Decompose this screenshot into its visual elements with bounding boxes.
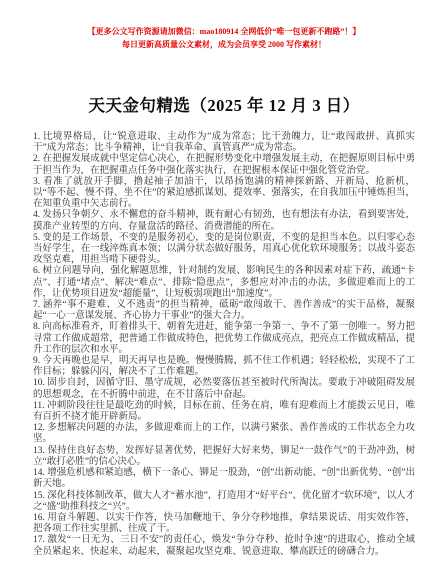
document-page: 【更多公文写作资源请加微信：mao180914 全网低价“唯一包更新不跑路”！】…	[0, 0, 448, 580]
promo-line-1: 【更多公文写作资源请加微信：mao180914 全网低价“唯一包更新不跑路”！】	[0, 25, 448, 38]
quote-item: 5. 变的是工作场景，不变的是服务初心，变的是岗位职责，不变的是担当本色。以归零…	[33, 233, 415, 267]
quote-item: 2. 在把握发展成就中坚定信心决心，在把握形势变化中增强发展主动，在把握原则目标…	[33, 154, 415, 176]
quote-item: 12. 多想解决问题的办法，多做迎难而上的工作，以满弓紧张、善作善成的工作状态全…	[33, 423, 415, 445]
quote-item: 10. 固步自封，因循守旧、墨守成规，必然要落伍甚至被时代所淘汰。要敢于冲破阻碍…	[33, 378, 415, 400]
quote-item: 1. 比境界格局，让“锐意进取、主动作为”成为常态；比干劲魄力，让“敢闯敢拼、真…	[33, 132, 415, 154]
quote-item: 15. 深化科技体制改革，做大人才“蓄水池”，打造用才“好平台”、优化留才“软环…	[33, 491, 415, 513]
quote-item: 6. 树立问题导向，强化解题思维，针对制约发展、影响民生的各种因素对症下药，疏通…	[33, 266, 415, 300]
quote-item: 7. 涵养“事不避难、义不逃责”的担当精神，砥砺“敢闯敢干、善作善成”的实干品格…	[33, 300, 415, 322]
promo-line-2: 每日更新高质量公文素材，成为会员享受 2000 写作素材！	[0, 38, 448, 51]
promo-banner: 【更多公文写作资源请加微信：mao180914 全网低价“唯一包更新不跑路”！】…	[0, 0, 448, 51]
quote-item: 4. 发扬只争朝夕、永不懈怠的奋斗精神，既有耐心有韧劲，也有想法有办法，看到要害…	[33, 210, 415, 232]
page-title: 天天金句精选（2025 年 12 月 3 日）	[0, 92, 448, 116]
quote-item: 16. 用奋斗解题、以实干作答，快马加鞭地干、争分夺秒地推，拿结果说话、用实效作…	[33, 513, 415, 535]
quote-item: 8. 向高标准看齐，盯着排头干、朝着先进赶，能争第一争第一、争不了第一创唯一。努…	[33, 322, 415, 356]
quotes-list: 1. 比境界格局，让“锐意进取、主动作为”成为常态；比干劲魄力，让“敢闯敢拼、真…	[33, 132, 415, 558]
quote-item: 17. 激发“一日无为、三日不安”的责任心，焕发“争分夺秒、抢时争速”的进取心，…	[33, 535, 415, 557]
quote-item: 13. 保持住良好态势，发挥好显著优势，把握好大好来势，铆足“一鼓作气”的干劲冲…	[33, 446, 415, 468]
quote-item: 3. 看准了就放开手脚，撸起袖子加油干，以昂扬饱满的精神探新路、开新局、抢新机，…	[33, 177, 415, 211]
quote-item: 9. 今天再晚也是早，明天再早也是晚。慢慢腾腾，抓不住工作机遇；轻轻松松，实现不…	[33, 356, 415, 378]
quote-item: 14. 增强危机感和紧迫感，横下一条心、铆足一股劲，“创”出新动能、“创”出新优…	[33, 468, 415, 490]
quote-item: 11. 冲刺阶段往往是最吃劲的时候，目标在前、任务在肩，唯有迎难而上才能拨云见日…	[33, 401, 415, 423]
